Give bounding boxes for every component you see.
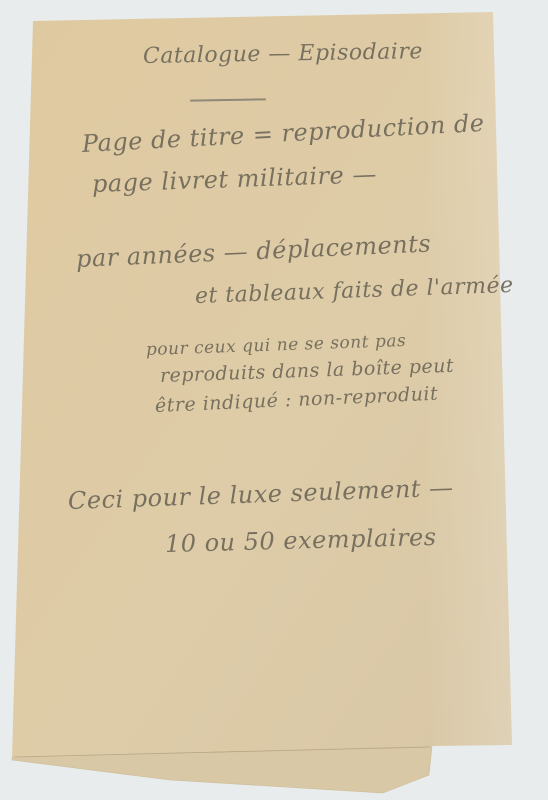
note-title: Catalogue — Episodaire bbox=[143, 39, 423, 69]
document-stage: Catalogue — Episodaire Page de titre = r… bbox=[0, 0, 548, 800]
